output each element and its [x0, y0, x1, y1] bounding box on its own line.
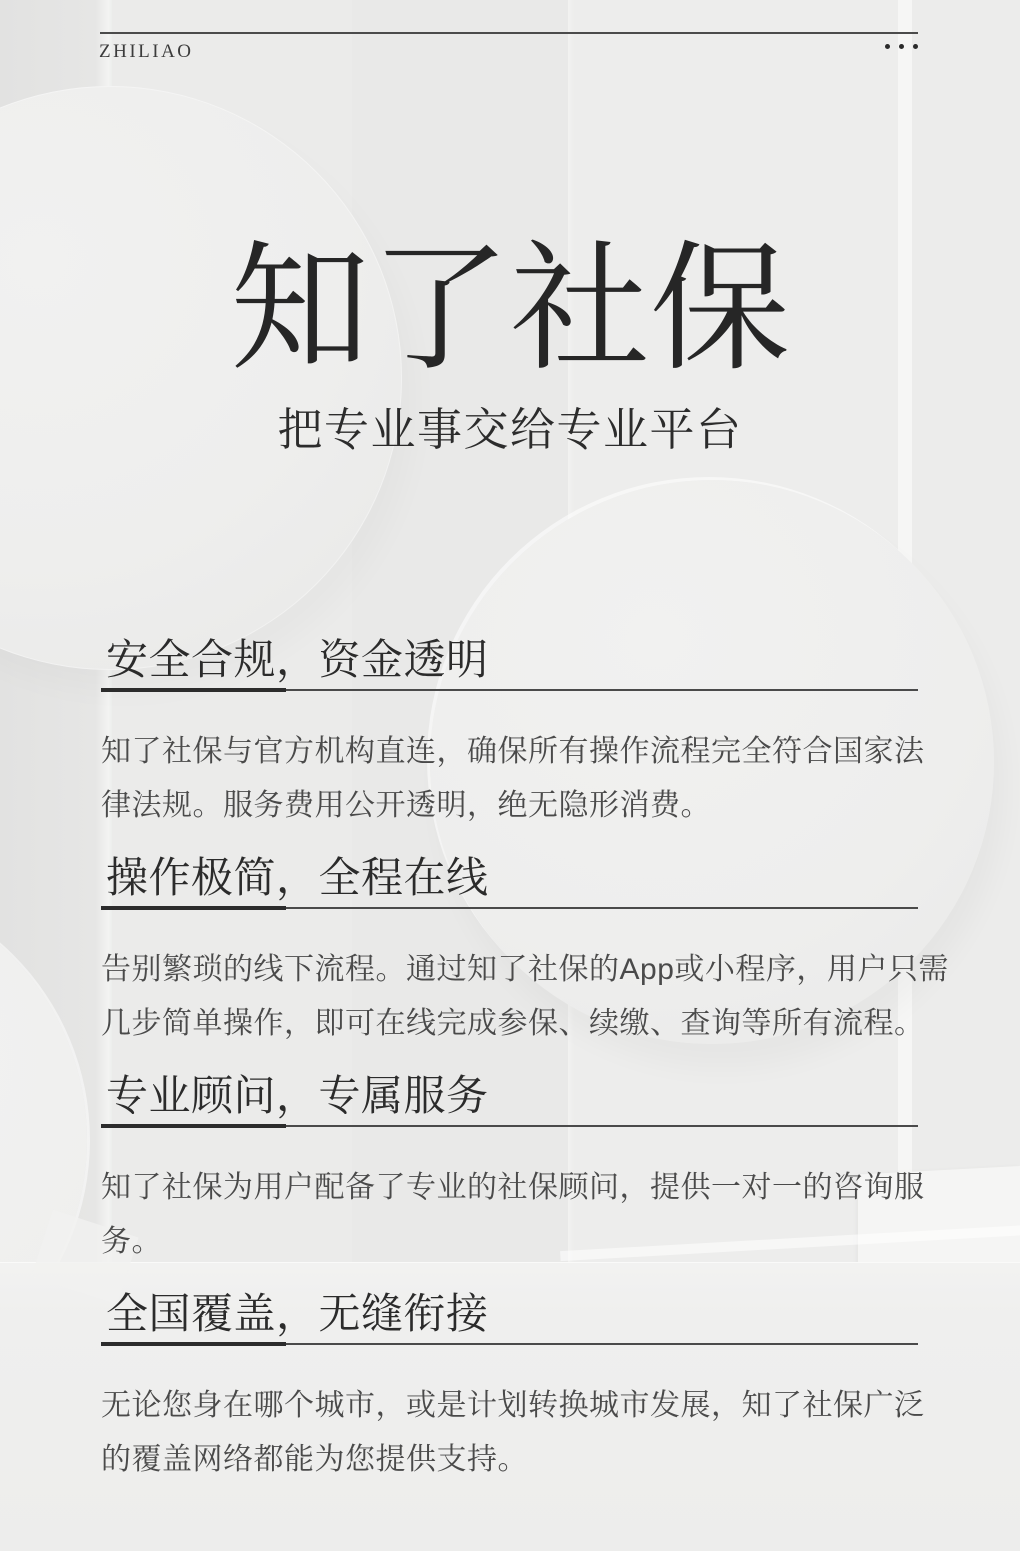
background-circle-bottom-left	[0, 878, 87, 1402]
section-heading: 专业顾问，专属服务	[101, 1075, 918, 1119]
section-underline	[101, 1124, 918, 1128]
ellipsis-dot-icon	[885, 44, 890, 49]
ellipsis-dot-icon	[913, 44, 918, 49]
more-options-button[interactable]	[885, 44, 918, 49]
section-body-line: 知了社保为用户配备了专业的社保顾问，提供一对一的咨询服	[101, 1161, 918, 1215]
page-background: ZHILIAO 知了社保 把专业事交给专业平台 安全合规，资金透明 知了社保与官…	[0, 0, 1020, 1551]
section-underline	[101, 906, 918, 910]
section-underline	[101, 1342, 918, 1346]
section-body-line: 几步简单操作，即可在线完成参保、续缴、查询等所有流程。	[101, 997, 918, 1051]
section-body: 知了社保为用户配备了专业的社保顾问，提供一对一的咨询服 务。	[101, 1161, 918, 1269]
section-underline	[101, 688, 918, 692]
section-body-line: 知了社保与官方机构直连，确保所有操作流程完全符合国家法	[101, 725, 918, 779]
section-simplicity: 操作极简，全程在线 告别繁琐的线下流程。通过知了社保的App或小程序，用户只需 …	[101, 857, 918, 1051]
header-rule	[100, 32, 918, 34]
section-security: 安全合规，资金透明 知了社保与官方机构直连，确保所有操作流程完全符合国家法 律法…	[101, 639, 918, 833]
section-body-line: 的覆盖网络都能为您提供支持。	[101, 1433, 918, 1487]
section-body: 知了社保与官方机构直连，确保所有操作流程完全符合国家法 律法规。服务费用公开透明…	[101, 725, 918, 833]
page-subtitle: 把专业事交给专业平台	[0, 404, 1020, 456]
section-body: 无论您身在哪个城市，或是计划转换城市发展，知了社保广泛 的覆盖网络都能为您提供支…	[101, 1379, 918, 1487]
background-right-band	[912, 0, 1020, 1551]
section-heading: 安全合规，资金透明	[101, 639, 918, 683]
section-body-line: 律法规。服务费用公开透明，绝无隐形消费。	[101, 779, 918, 833]
ellipsis-dot-icon	[899, 44, 904, 49]
section-coverage: 全国覆盖，无缝衔接 无论您身在哪个城市，或是计划转换城市发展，知了社保广泛 的覆…	[101, 1293, 918, 1487]
section-heading: 全国覆盖，无缝衔接	[101, 1293, 918, 1337]
section-heading: 操作极简，全程在线	[101, 857, 918, 901]
section-advisor: 专业顾问，专属服务 知了社保为用户配备了专业的社保顾问，提供一对一的咨询服 务。	[101, 1075, 918, 1269]
section-body-line: 告别繁琐的线下流程。通过知了社保的App或小程序，用户只需	[101, 943, 918, 997]
section-body-line: 务。	[101, 1215, 918, 1269]
section-body: 告别繁琐的线下流程。通过知了社保的App或小程序，用户只需 几步简单操作，即可在…	[101, 943, 918, 1051]
page-title: 知了社保	[0, 236, 1020, 386]
background-left-band	[0, 0, 112, 1551]
brand-text: ZHILIAO	[99, 41, 194, 63]
content-column: 安全合规，资金透明 知了社保与官方机构直连，确保所有操作流程完全符合国家法 律法…	[101, 639, 918, 1487]
section-body-line: 无论您身在哪个城市，或是计划转换城市发展，知了社保广泛	[101, 1379, 918, 1433]
